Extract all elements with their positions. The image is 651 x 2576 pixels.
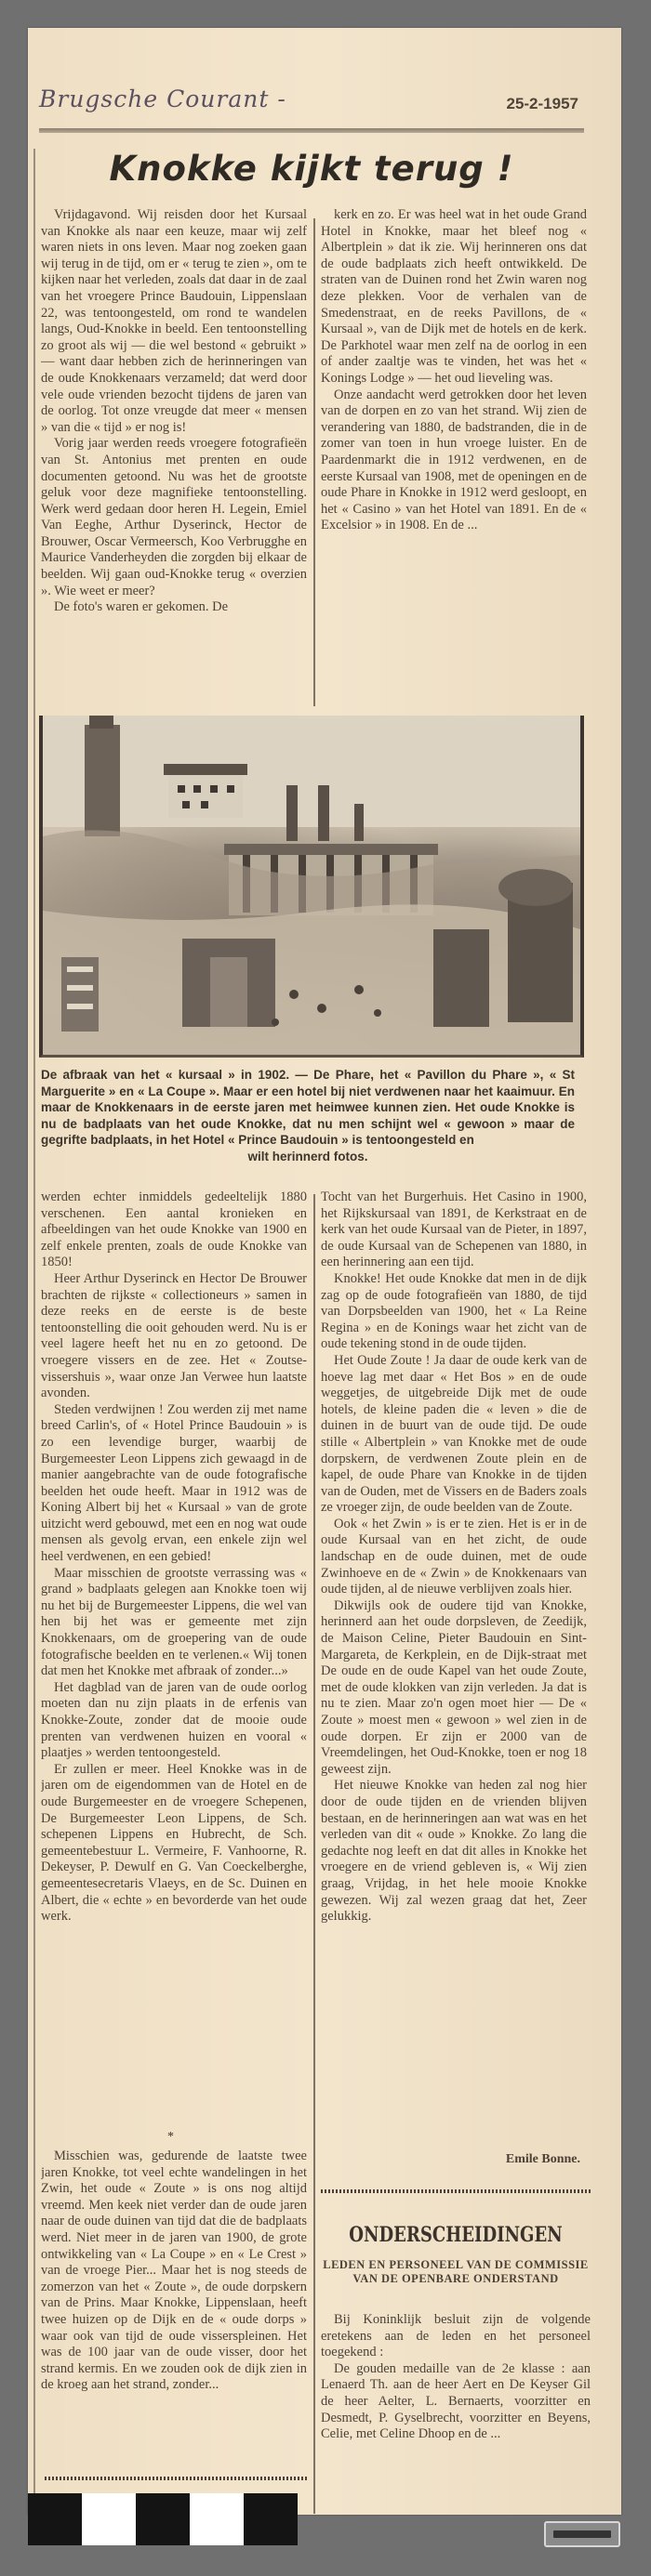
column-divider (313, 218, 315, 706)
paragraph: Vrijdagavond. Wij reisden door het Kursa… (41, 207, 307, 436)
end-rule-left (45, 2477, 307, 2480)
paragraph: De gouden medaille van de 2e klasse : aa… (321, 2361, 591, 2443)
section-title: ONDERSCHEIDINGEN (345, 2223, 566, 2247)
paragraph: Misschien was, gedurende de laatste twee… (41, 2149, 307, 2394)
scale-block-white (82, 2493, 136, 2545)
paragraph: werden echter inmiddels gedeeltelijk 188… (41, 1189, 307, 1271)
section-rule (321, 2189, 591, 2193)
author-signature: Emile Bonne. (506, 2152, 580, 2167)
section-body: Bij Koninklijk besluit zijn de volgende … (321, 2312, 591, 2512)
column-divider (313, 1194, 315, 2514)
paragraph: Knokke! Het oude Knokke dat men in de di… (321, 1271, 587, 1353)
article-column-bottom-left: werden echter inmiddels gedeeltelijk 188… (41, 1189, 307, 2128)
paragraph: Steden verdwijnen ! Zou werden zij met n… (41, 1402, 307, 1566)
headline: Knokke kijkt terug ! (39, 149, 584, 189)
scale-block-black (28, 2493, 82, 2545)
paragraph: Ook « het Zwin » is er te zien. Het is e… (321, 1517, 587, 1598)
paragraph: Dikwijls ook de oudere tijd van Knokke, … (321, 1598, 587, 1779)
paragraph: De foto's waren er gekomen. De (41, 599, 307, 616)
caption-text: De afbraak van het « kursaal » in 1902. … (41, 1068, 575, 1147)
article-column-top-right: kerk en zo. Er was heel wat in het oude … (321, 207, 587, 714)
paragraph: Het Oude Zoute ! Ja daar de oude kerk va… (321, 1353, 587, 1517)
scale-block-black (244, 2493, 298, 2545)
scale-block-black (136, 2493, 190, 2545)
paragraph: Bij Koninklijk besluit zijn de volgende … (321, 2312, 591, 2361)
section-separator: * (167, 2130, 174, 2145)
top-rule (39, 128, 584, 133)
scale-block-white (190, 2493, 244, 2545)
handwritten-source: Brugsche Courant - (39, 85, 286, 112)
paragraph: Vorig jaar werden reeds vroegere fotogra… (41, 436, 307, 599)
photo-caption: De afbraak van het « kursaal » in 1902. … (41, 1067, 575, 1164)
newspaper-clipping: Brugsche Courant - 25-2-1957 Knokke kijk… (28, 28, 621, 2515)
article-column-top-left: Vrijdagavond. Wij reisden door het Kursa… (41, 207, 307, 714)
scale-bar (28, 2493, 298, 2545)
paragraph: Tocht van het Burgerhuis. Het Casino in … (321, 1189, 587, 1271)
historic-photo-knokke (39, 716, 584, 1058)
label-bar (553, 2530, 611, 2538)
paragraph: Heer Arthur Dyserinck en Hector De Brouw… (41, 1271, 307, 1402)
clipping-date: 25-2-1957 (506, 95, 578, 113)
caption-last-line: wilt herinnerd fotos. (41, 1149, 575, 1165)
paragraph: Maar misschien de grootste verrassing wa… (41, 1566, 307, 1680)
section-subtitle: LEDEN EN PERSONEEL VAN DE COMMISSIE VAN … (321, 2258, 591, 2286)
article-column-bottom-right: Tocht van het Burgerhuis. Het Casino in … (321, 1189, 587, 2156)
paragraph: Het nieuwe Knokke van heden zal nog hier… (321, 1778, 587, 1925)
paragraph: kerk en zo. Er was heel wat in het oude … (321, 207, 587, 388)
paragraph: Onze aandacht werd getrokken door het le… (321, 388, 587, 534)
photo-illustration (43, 716, 580, 1055)
paragraph: Het dagblad van de jaren van de oude oor… (41, 1680, 307, 1762)
left-margin-rule (33, 149, 35, 2528)
article-column-bottom-left-continued: Misschien was, gedurende de laatste twee… (41, 2149, 307, 2492)
paragraph: Er zullen er meer. Heel Knokke was in de… (41, 1762, 307, 1925)
archive-label-icon (544, 2521, 620, 2547)
